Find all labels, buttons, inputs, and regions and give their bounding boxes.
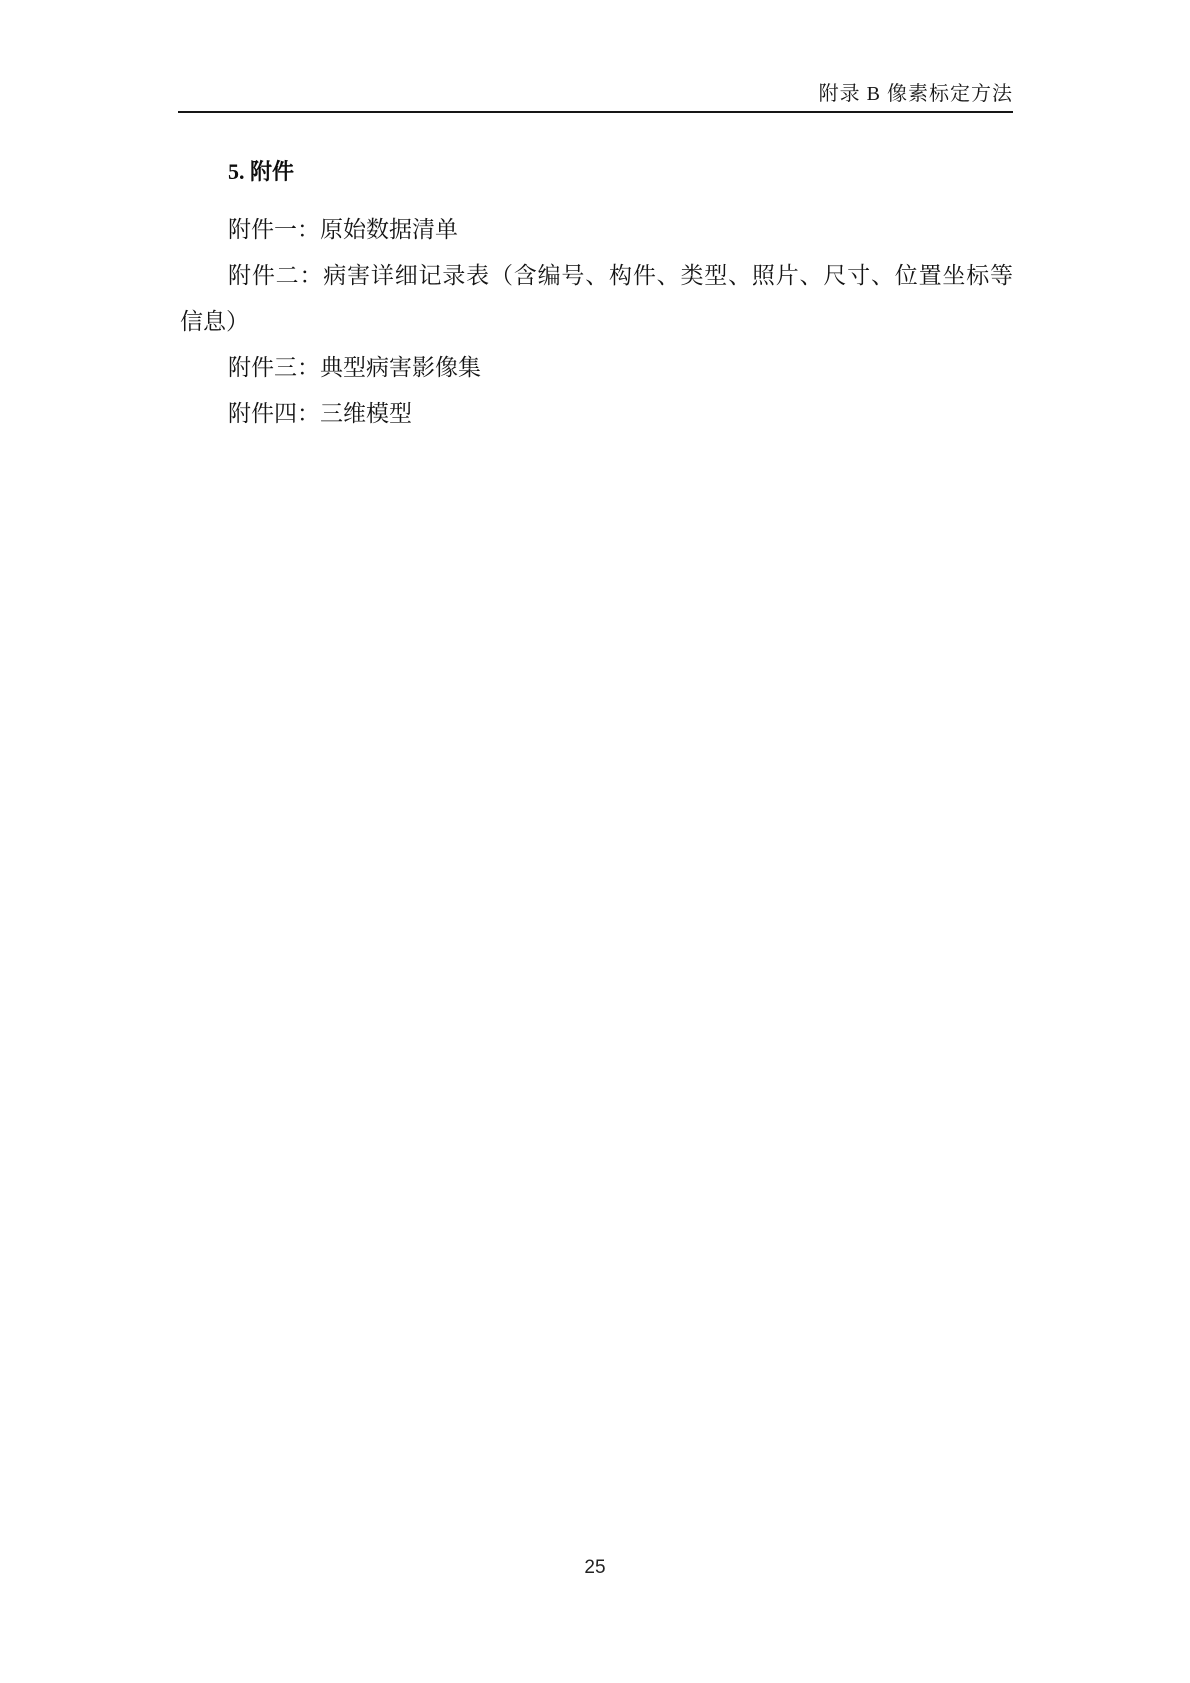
- running-header: 附录 B 像素标定方法: [178, 80, 1013, 108]
- page-content: 5. 附件 附件一：原始数据清单 附件二：病害详细记录表（含编号、构件、类型、照…: [180, 150, 1013, 437]
- attachment-list: 附件一：原始数据清单 附件二：病害详细记录表（含编号、构件、类型、照片、尺寸、位…: [180, 207, 1013, 437]
- attachment-line-1: 附件一：原始数据清单: [180, 207, 1013, 253]
- attachment-line-2: 附件二：病害详细记录表（含编号、构件、类型、照片、尺寸、位置坐标等: [180, 253, 1013, 299]
- attachment-line-2-continued: 信息）: [180, 299, 1013, 345]
- attachment-line-4: 附件四：三维模型: [180, 391, 1013, 437]
- section-heading: 5. 附件: [180, 150, 1013, 194]
- document-page: 附录 B 像素标定方法 5. 附件 附件一：原始数据清单 附件二：病害详细记录表…: [0, 0, 1190, 1683]
- page-number: 25: [0, 1556, 1190, 1580]
- header-rule: [178, 111, 1013, 113]
- attachment-line-3: 附件三：典型病害影像集: [180, 345, 1013, 391]
